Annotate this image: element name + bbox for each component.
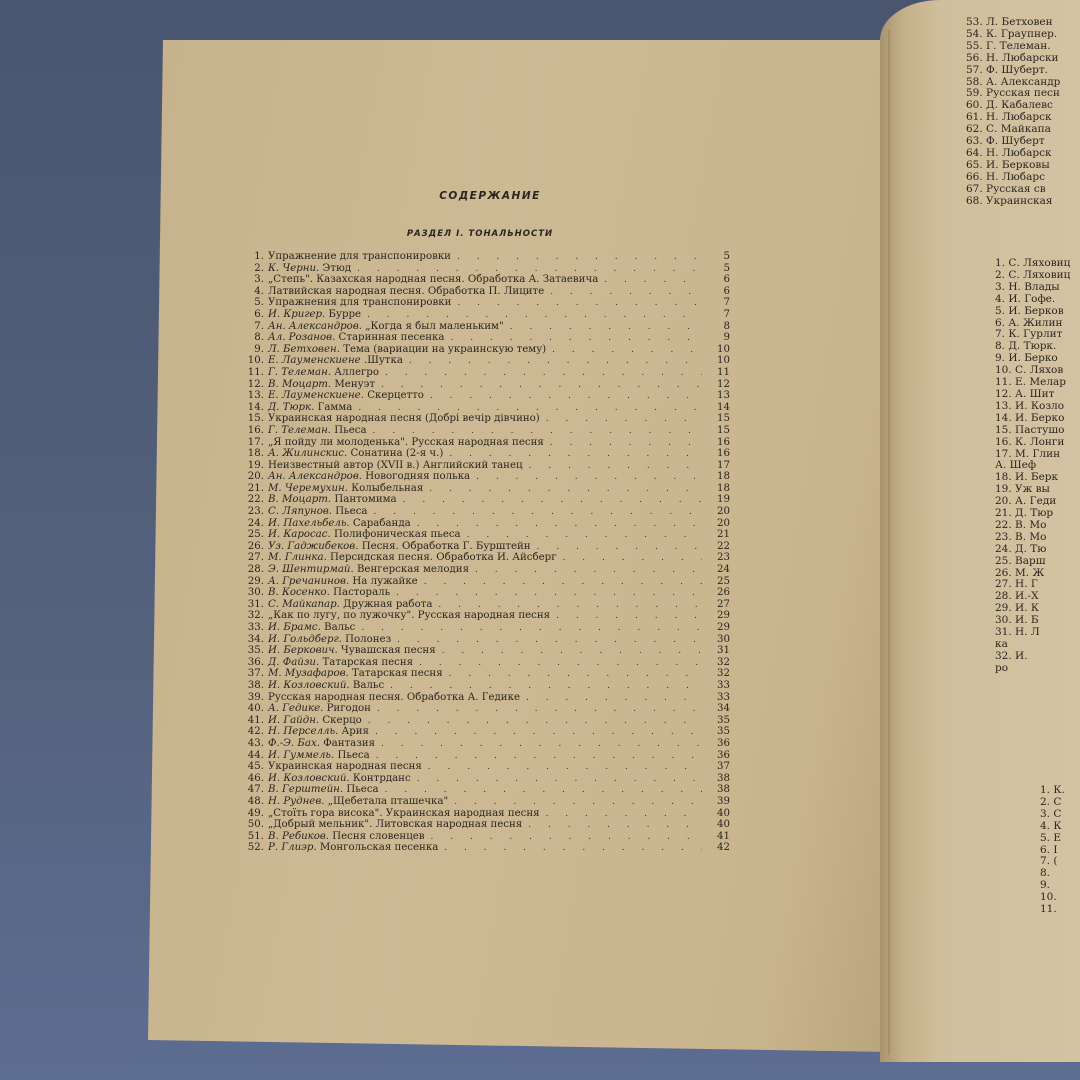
entry-number: 3. bbox=[160, 274, 268, 286]
entry-title: Полифоническая пьеса bbox=[334, 529, 461, 540]
entry-author: В. Косенко. bbox=[268, 587, 333, 598]
toc-entry: 11.Г. Телеман. Аллегро11 bbox=[160, 367, 730, 379]
entry-title: „Стоїть гора висока". Украинская народна… bbox=[268, 808, 540, 819]
entry-title: „Степь". Казахская народная песня. Обраб… bbox=[268, 274, 598, 285]
entry-title: Пьеса bbox=[335, 506, 367, 517]
dot-leader bbox=[449, 669, 702, 681]
toc-entry: 27.М. Глинка. Персидская песня. Обработк… bbox=[160, 552, 730, 564]
entry-title: Бурре bbox=[329, 309, 362, 320]
entry-author: В. Герштейн. bbox=[268, 784, 346, 795]
entry-title: .Шутка bbox=[364, 355, 403, 366]
entry-author: Г. Телеман. bbox=[268, 367, 334, 378]
entry-number: 34. bbox=[160, 634, 268, 646]
entry-page: 13 bbox=[708, 390, 730, 402]
entry-number: 6. bbox=[160, 309, 268, 321]
toc-entry: 23.С. Ляпунов. Пьеса20 bbox=[160, 506, 730, 518]
entry-title: „Я пойду ли молоденька". Русская народна… bbox=[268, 437, 544, 448]
entry-text: Е. Лауменскиене. Скерцетто bbox=[268, 390, 424, 402]
entry-text: И. Беркович. Чувашская песня bbox=[268, 645, 436, 657]
entry-number: 16. bbox=[160, 425, 268, 437]
entry-page: 41 bbox=[708, 831, 730, 843]
entry-title: „Щебетала пташечка" bbox=[328, 796, 448, 807]
entry-author: С. Майкапар. bbox=[268, 599, 343, 610]
entry-page: 36 bbox=[708, 738, 730, 750]
dot-leader bbox=[457, 252, 702, 264]
right-page-entry: 3. С bbox=[1040, 809, 1065, 821]
entry-text: В. Косенко. Пастораль bbox=[268, 587, 390, 599]
entry-author: Ал. Розанов. bbox=[268, 332, 339, 343]
entry-number: 11. bbox=[160, 367, 268, 379]
toc-entry: 31.С. Майкапар. Дружная работа27 bbox=[160, 599, 730, 611]
toc-entry: 10.Е. Лауменскиене .Шутка10 bbox=[160, 355, 730, 367]
entry-page: 14 bbox=[708, 402, 730, 414]
toc-entry: 13.Е. Лауменскиене. Скерцетто13 bbox=[160, 390, 730, 402]
entry-title: Венгерская мелодия bbox=[357, 564, 469, 575]
entry-page: 19 bbox=[708, 494, 730, 506]
entry-page: 5 bbox=[708, 263, 730, 275]
toc-entry: 51.В. Ребиков. Песня словенцев41 bbox=[160, 831, 730, 843]
entry-page: 35 bbox=[708, 715, 730, 727]
right-page-entry: 14. И. Берко bbox=[995, 413, 1070, 425]
entry-text: И. Пахельбель. Сарабанда bbox=[268, 518, 411, 530]
entry-author: Э. Шентирмай. bbox=[268, 564, 357, 575]
entry-text: Уз. Гаджибеков. Песня. Обработка Г. Бурш… bbox=[268, 541, 531, 553]
entry-page: 10 bbox=[708, 344, 730, 356]
entry-title: Персидская песня. Обработка И. Айсберг bbox=[330, 552, 557, 563]
entry-number: 10. bbox=[160, 355, 268, 367]
section-heading: РАЗДЕЛ I. ТОНАЛЬНОСТИ bbox=[230, 229, 730, 239]
entry-page: 39 bbox=[708, 796, 730, 808]
entry-title: Пьеса bbox=[334, 425, 366, 436]
entry-title: Татарская песня bbox=[322, 657, 413, 668]
entry-author: К. Черни. bbox=[268, 263, 323, 274]
dot-leader bbox=[428, 762, 702, 774]
entry-author: И. Гайдн. bbox=[268, 715, 322, 726]
entry-number: 47. bbox=[160, 784, 268, 796]
entry-text: Украинская народная песня bbox=[268, 761, 422, 773]
entry-author: В. Моцарт. bbox=[268, 494, 334, 505]
dot-leader bbox=[375, 727, 702, 739]
entry-number: 33. bbox=[160, 622, 268, 634]
entry-page: 40 bbox=[708, 808, 730, 820]
entry-page: 22 bbox=[708, 541, 730, 553]
entry-text: И. Кригер. Бурре bbox=[268, 309, 361, 321]
toc-entry: 14.Д. Тюрк. Гамма14 bbox=[160, 402, 730, 414]
dot-leader bbox=[475, 565, 702, 577]
toc-entry: 36.Д. Файзи. Татарская песня32 bbox=[160, 657, 730, 669]
entry-page: 7 bbox=[708, 309, 730, 321]
entry-title: Латвийская народная песня. Обработка П. … bbox=[268, 286, 544, 297]
toc-entry: 44.И. Гуммель. Пьеса36 bbox=[160, 750, 730, 762]
entry-page: 21 bbox=[708, 529, 730, 541]
dot-leader bbox=[528, 820, 702, 832]
entry-text: Л. Бетховен. Тема (вариации на украинску… bbox=[268, 344, 546, 356]
dot-leader bbox=[429, 484, 702, 496]
entry-text: Упражнение для транспонировки bbox=[268, 251, 451, 263]
dot-leader bbox=[368, 716, 702, 728]
entry-text: Неизвестный автор (XVII в.) Английский т… bbox=[268, 460, 523, 472]
toc-entry: 2.К. Черни. Этюд5 bbox=[160, 263, 730, 275]
toc-entry: 26.Уз. Гаджибеков. Песня. Обработка Г. Б… bbox=[160, 541, 730, 553]
entry-number: 12. bbox=[160, 379, 268, 391]
dot-leader bbox=[546, 809, 702, 821]
right-page-list-c: 1. К.2. С3. С4. К5. Е6. I7. (8.9.10.11. bbox=[1040, 785, 1065, 916]
entry-text: „Добрый мельник". Литовская народная пес… bbox=[268, 819, 522, 831]
entry-title: Украинская народная песня (Добрі вечір д… bbox=[268, 413, 540, 424]
dot-leader bbox=[604, 275, 702, 287]
entry-page: 8 bbox=[708, 321, 730, 333]
entry-title: Сарабанда bbox=[353, 518, 411, 529]
toc-entry: 20.Ан. Александров. Новогодняя полька18 bbox=[160, 471, 730, 483]
entry-number: 50. bbox=[160, 819, 268, 831]
entry-text: Г. Телеман. Аллегро bbox=[268, 367, 379, 379]
entry-text: Русская народная песня. Обработка А. Гед… bbox=[268, 692, 520, 704]
entry-title: Ригодон bbox=[327, 703, 371, 714]
entry-number: 13. bbox=[160, 390, 268, 402]
entry-number: 39. bbox=[160, 692, 268, 704]
entry-title: Полонез bbox=[345, 634, 391, 645]
entry-text: В. Моцарт. Менуэт bbox=[268, 379, 375, 391]
entry-author: И. Каросас. bbox=[268, 529, 334, 540]
entry-title: Гамма bbox=[318, 402, 353, 413]
dot-leader bbox=[537, 542, 702, 554]
entry-number: 43. bbox=[160, 738, 268, 750]
entry-page: 40 bbox=[708, 819, 730, 831]
entry-text: А. Жилинскис. Сонатина (2-я ч.) bbox=[268, 448, 443, 460]
toc-entry: 7.Ан. Александров. „Когда я был маленьки… bbox=[160, 321, 730, 333]
toc-entries: 1.Упражнение для транспонировки52.К. Чер… bbox=[160, 251, 730, 854]
entry-text: В. Герштейн. Пьеса bbox=[268, 784, 379, 796]
dot-leader bbox=[556, 611, 702, 623]
entry-text: И. Гуммель. Пьеса bbox=[268, 750, 370, 762]
toc-entry: 35.И. Беркович. Чувашская песня31 bbox=[160, 645, 730, 657]
toc-entry: 22.В. Моцарт. Пантомима19 bbox=[160, 494, 730, 506]
entry-page: 38 bbox=[708, 773, 730, 785]
dot-leader bbox=[550, 438, 702, 450]
entry-number: 4. bbox=[160, 286, 268, 298]
entry-number: 38. bbox=[160, 680, 268, 692]
entry-number: 21. bbox=[160, 483, 268, 495]
entry-text: Украинская народная песня (Добрі вечір д… bbox=[268, 413, 540, 425]
dot-leader bbox=[381, 739, 702, 751]
entry-title: Песня. Обработка Г. Бурштейн bbox=[362, 541, 531, 552]
right-page-entry: 13. И. Козло bbox=[995, 401, 1070, 413]
entry-text: Ф.-Э. Бах. Фантазия bbox=[268, 738, 375, 750]
toc-entry: 37.М. Музафаров. Татарская песня32 bbox=[160, 668, 730, 680]
entry-page: 18 bbox=[708, 483, 730, 495]
entry-page: 6 bbox=[708, 274, 730, 286]
entry-title: Колыбельная bbox=[351, 483, 423, 494]
entry-text: Латвийская народная песня. Обработка П. … bbox=[268, 286, 544, 298]
dot-leader bbox=[385, 368, 702, 380]
entry-author: Ф.-Э. Бах. bbox=[268, 738, 323, 749]
entry-title: Пастораль bbox=[333, 587, 390, 598]
entry-number: 41. bbox=[160, 715, 268, 727]
dot-leader bbox=[546, 414, 702, 426]
entry-number: 22. bbox=[160, 494, 268, 506]
entry-text: С. Майкапар. Дружная работа bbox=[268, 599, 432, 611]
right-page-entry: 11. bbox=[1040, 904, 1065, 916]
entry-page: 27 bbox=[708, 599, 730, 611]
book-spine bbox=[888, 30, 890, 1055]
entry-page: 35 bbox=[708, 726, 730, 738]
entry-page: 16 bbox=[708, 437, 730, 449]
entry-number: 29. bbox=[160, 576, 268, 588]
entry-title: Песня словенцев bbox=[332, 831, 424, 842]
dot-leader bbox=[417, 774, 702, 786]
entry-title: Чувашская песня bbox=[341, 645, 436, 656]
right-page-entry: 16. К. Лонги bbox=[995, 437, 1070, 449]
toc-entry: 8.Ал. Розанов. Старинная песенка9 bbox=[160, 332, 730, 344]
entry-number: 32. bbox=[160, 610, 268, 622]
dot-leader bbox=[552, 345, 702, 357]
toc-entry: 42.Н. Перселль. Ария35 bbox=[160, 726, 730, 738]
entry-text: И. Козловский. Контрданс bbox=[268, 773, 411, 785]
entry-page: 42 bbox=[708, 842, 730, 854]
entry-text: А. Гедике. Ригодон bbox=[268, 703, 371, 715]
entry-number: 40. bbox=[160, 703, 268, 715]
dot-leader bbox=[361, 623, 702, 635]
entry-title: Русская народная песня. Обработка А. Гед… bbox=[268, 692, 520, 703]
entry-author: А. Жилинскис. bbox=[268, 448, 351, 459]
right-page-entry: 67. Русская св bbox=[966, 184, 1060, 196]
entry-author: Е. Лауменскиене. bbox=[268, 390, 367, 401]
toc-entry: 52.Р. Глиэр. Монгольская песенка42 bbox=[160, 842, 730, 854]
entry-text: С. Ляпунов. Пьеса bbox=[268, 506, 368, 518]
right-page-entry: ро bbox=[995, 663, 1070, 675]
right-page-entry: 66. Н. Любарс bbox=[966, 172, 1060, 184]
right-page-list-a: 53. Л. Бетховен54. К. Граупнер.55. Г. Те… bbox=[966, 17, 1060, 208]
dot-leader bbox=[396, 588, 702, 600]
entry-text: Н. Руднев. „Щебетала пташечка" bbox=[268, 796, 448, 808]
entry-author: И. Гольдберг. bbox=[268, 634, 345, 645]
entry-title: Сонатина (2-я ч.) bbox=[351, 448, 444, 459]
dot-leader bbox=[550, 287, 702, 299]
entry-text: К. Черни. Этюд bbox=[268, 263, 351, 275]
entry-page: 20 bbox=[708, 518, 730, 530]
dot-leader bbox=[529, 461, 702, 473]
toc-entry: 41.И. Гайдн. Скерцо35 bbox=[160, 715, 730, 727]
entry-number: 19. bbox=[160, 460, 268, 472]
entry-author: И. Беркович. bbox=[268, 645, 341, 656]
entry-text: М. Глинка. Персидская песня. Обработка И… bbox=[268, 552, 557, 564]
toc-entry: 33.И. Брамс. Вальс29 bbox=[160, 622, 730, 634]
right-page-entry: 5. И. Берков bbox=[995, 306, 1070, 318]
entry-number: 5. bbox=[160, 297, 268, 309]
entry-number: 26. bbox=[160, 541, 268, 553]
table-of-contents: СОДЕРЖАНИЕ РАЗДЕЛ I. ТОНАЛЬНОСТИ 1.Упраж… bbox=[160, 190, 730, 854]
entry-author: В. Ребиков. bbox=[268, 831, 332, 842]
entry-text: В. Ребиков. Песня словенцев bbox=[268, 831, 425, 843]
entry-author: С. Ляпунов. bbox=[268, 506, 335, 517]
entry-text: И. Гайдн. Скерцо bbox=[268, 715, 362, 727]
entry-title: Пьеса bbox=[346, 784, 378, 795]
entry-page: 6 bbox=[708, 286, 730, 298]
entry-text: Е. Лауменскиене .Шутка bbox=[268, 355, 403, 367]
entry-title: Монгольская песенка bbox=[320, 842, 438, 853]
right-page-entry: 5. Е bbox=[1040, 833, 1065, 845]
entry-title: Менуэт bbox=[334, 379, 375, 390]
entry-author: М. Глинка. bbox=[268, 552, 330, 563]
entry-text: Ан. Александров. Новогодняя полька bbox=[268, 471, 470, 483]
entry-author: Р. Глиэр. bbox=[268, 842, 320, 853]
toc-entry: 40.А. Гедике. Ригодон34 bbox=[160, 703, 730, 715]
entry-author: Ан. Александров. bbox=[268, 471, 365, 482]
entry-text: И. Каросас. Полифоническая пьеса bbox=[268, 529, 461, 541]
right-page-entry: 4. К bbox=[1040, 821, 1065, 833]
right-page-entry: 24. Д. Тю bbox=[995, 544, 1070, 556]
toc-entry: 9.Л. Бетховен. Тема (вариации на украинс… bbox=[160, 344, 730, 356]
entry-text: Э. Шентирмай. Венгерская мелодия bbox=[268, 564, 469, 576]
toc-title: СОДЕРЖАНИЕ bbox=[250, 190, 730, 202]
entry-page: 5 bbox=[708, 251, 730, 263]
toc-entry: 25.И. Каросас. Полифоническая пьеса21 bbox=[160, 529, 730, 541]
entry-text: „Стоїть гора висока". Украинская народна… bbox=[268, 808, 540, 820]
entry-number: 51. bbox=[160, 831, 268, 843]
toc-entry: 19.Неизвестный автор (XVII в.) Английски… bbox=[160, 460, 730, 472]
entry-page: 24 bbox=[708, 564, 730, 576]
entry-number: 46. bbox=[160, 773, 268, 785]
entry-page: 18 bbox=[708, 471, 730, 483]
dot-leader bbox=[563, 553, 702, 565]
entry-title: Пьеса bbox=[337, 750, 369, 761]
dot-leader bbox=[424, 577, 702, 589]
entry-text: Д. Тюрк. Гамма bbox=[268, 402, 352, 414]
entry-number: 36. bbox=[160, 657, 268, 669]
entry-title: Татарская песня bbox=[352, 668, 443, 679]
entry-page: 10 bbox=[708, 355, 730, 367]
entry-page: 33 bbox=[708, 692, 730, 704]
entry-title: Дружная работа bbox=[343, 599, 432, 610]
entry-author: Ан. Александров. bbox=[268, 321, 365, 332]
entry-author: В. Моцарт. bbox=[268, 379, 334, 390]
entry-page: 26 bbox=[708, 587, 730, 599]
right-page-entry: 4. И. Гофе. bbox=[995, 294, 1070, 306]
entry-title: Неизвестный автор (XVII в.) Английский т… bbox=[268, 460, 523, 471]
entry-page: 29 bbox=[708, 622, 730, 634]
entry-title: Аллегро bbox=[334, 367, 379, 378]
right-page-entry: 23. В. Мо bbox=[995, 532, 1070, 544]
entry-page: 36 bbox=[708, 750, 730, 762]
entry-text: Р. Глиэр. Монгольская песенка bbox=[268, 842, 438, 854]
entry-text: Ан. Александров. „Когда я был маленьким" bbox=[268, 321, 504, 333]
entry-title: Ария bbox=[342, 726, 369, 737]
entry-text: М. Черемухин. Колыбельная bbox=[268, 483, 423, 495]
entry-number: 52. bbox=[160, 842, 268, 854]
right-page-list-b: 1. С. Ляховиц2. С. Ляховиц3. Н. Влады4. … bbox=[995, 258, 1070, 675]
entry-number: 49. bbox=[160, 808, 268, 820]
entry-text: „Я пойду ли молоденька". Русская народна… bbox=[268, 437, 544, 449]
entry-page: 15 bbox=[708, 413, 730, 425]
dot-leader bbox=[374, 507, 703, 519]
toc-entry: 24.И. Пахельбель. Сарабанда20 bbox=[160, 518, 730, 530]
entry-page: 17 bbox=[708, 460, 730, 472]
entry-title: Старинная песенка bbox=[339, 332, 445, 343]
entry-page: 32 bbox=[708, 657, 730, 669]
entry-text: А. Гречанинов. На лужайке bbox=[268, 576, 418, 588]
entry-number: 31. bbox=[160, 599, 268, 611]
toc-entry: 28.Э. Шентирмай. Венгерская мелодия24 bbox=[160, 564, 730, 576]
dot-leader bbox=[444, 843, 702, 855]
entry-author: Д. Тюрк. bbox=[268, 402, 318, 413]
right-page-entry: 3. Н. Влады bbox=[995, 282, 1070, 294]
entry-number: 9. bbox=[160, 344, 268, 356]
entry-page: 23 bbox=[708, 552, 730, 564]
entry-page: 37 bbox=[708, 761, 730, 773]
entry-number: 8. bbox=[160, 332, 268, 344]
entry-text: В. Моцарт. Пантомима bbox=[268, 494, 397, 506]
right-page-entry: 56. Н. Любарски bbox=[966, 53, 1060, 65]
entry-title: Тема (вариации на украинскую тему) bbox=[343, 344, 546, 355]
toc-entry: 49.„Стоїть гора висока". Украинская наро… bbox=[160, 808, 730, 820]
entry-title: Контрданс bbox=[353, 773, 411, 784]
entry-page: 11 bbox=[708, 367, 730, 379]
toc-entry: 12.В. Моцарт. Менуэт12 bbox=[160, 379, 730, 391]
right-page-entry: 25. Варш bbox=[995, 556, 1070, 568]
entry-title: Этюд bbox=[323, 263, 352, 274]
entry-number: 44. bbox=[160, 750, 268, 762]
right-page-entry: 68. Украинская bbox=[966, 196, 1060, 208]
toc-entry: 48.Н. Руднев. „Щебетала пташечка"39 bbox=[160, 796, 730, 808]
entry-text: Д. Файзи. Татарская песня bbox=[268, 657, 413, 669]
entry-number: 14. bbox=[160, 402, 268, 414]
entry-title: Вальс bbox=[324, 622, 355, 633]
entry-author: Н. Перселль. bbox=[268, 726, 342, 737]
entry-author: Г. Телеман. bbox=[268, 425, 334, 436]
toc-entry: 43.Ф.-Э. Бах. Фантазия36 bbox=[160, 738, 730, 750]
toc-entry: 39.Русская народная песня. Обработка А. … bbox=[160, 692, 730, 704]
toc-entry: 47.В. Герштейн. Пьеса38 bbox=[160, 784, 730, 796]
entry-number: 15. bbox=[160, 413, 268, 425]
dot-leader bbox=[457, 298, 702, 310]
entry-page: 15 bbox=[708, 425, 730, 437]
entry-text: М. Музафаров. Татарская песня bbox=[268, 668, 443, 680]
dot-leader bbox=[397, 635, 702, 647]
toc-entry: 32.„Как по лугу, по лужочку". Русская на… bbox=[160, 610, 730, 622]
entry-page: 34 bbox=[708, 703, 730, 715]
dot-leader bbox=[430, 391, 702, 403]
dot-leader bbox=[419, 658, 702, 670]
entry-text: „Как по лугу, по лужочку". Русская народ… bbox=[268, 610, 550, 622]
entry-number: 37. bbox=[160, 668, 268, 680]
entry-number: 17. bbox=[160, 437, 268, 449]
entry-title: „Когда я был маленьким" bbox=[365, 321, 503, 332]
entry-author: А. Гедике. bbox=[268, 703, 327, 714]
entry-number: 48. bbox=[160, 796, 268, 808]
entry-author: И. Кригер. bbox=[268, 309, 329, 320]
entry-author: Н. Руднев. bbox=[268, 796, 328, 807]
entry-title: Фантазия bbox=[323, 738, 375, 749]
dot-leader bbox=[510, 322, 702, 334]
toc-entry: 3.„Степь". Казахская народная песня. Обр… bbox=[160, 274, 730, 286]
dot-leader bbox=[377, 704, 702, 716]
entry-text: Г. Телеман. Пьеса bbox=[268, 425, 367, 437]
entry-author: Е. Лауменскиене bbox=[268, 355, 364, 366]
entry-number: 35. bbox=[160, 645, 268, 657]
entry-author: И. Гуммель. bbox=[268, 750, 337, 761]
toc-entry: 4.Латвийская народная песня. Обработка П… bbox=[160, 286, 730, 298]
entry-author: И. Козловский. bbox=[268, 680, 353, 691]
entry-page: 33 bbox=[708, 680, 730, 692]
toc-entry: 29.А. Гречанинов. На лужайке25 bbox=[160, 576, 730, 588]
entry-title: На лужайке bbox=[352, 576, 417, 587]
dot-leader bbox=[431, 832, 702, 844]
entry-page: 20 bbox=[708, 506, 730, 518]
entry-page: 12 bbox=[708, 379, 730, 391]
entry-title: Скерцо bbox=[322, 715, 361, 726]
entry-text: Н. Перселль. Ария bbox=[268, 726, 369, 738]
toc-entry: 50.„Добрый мельник". Литовская народная … bbox=[160, 819, 730, 831]
